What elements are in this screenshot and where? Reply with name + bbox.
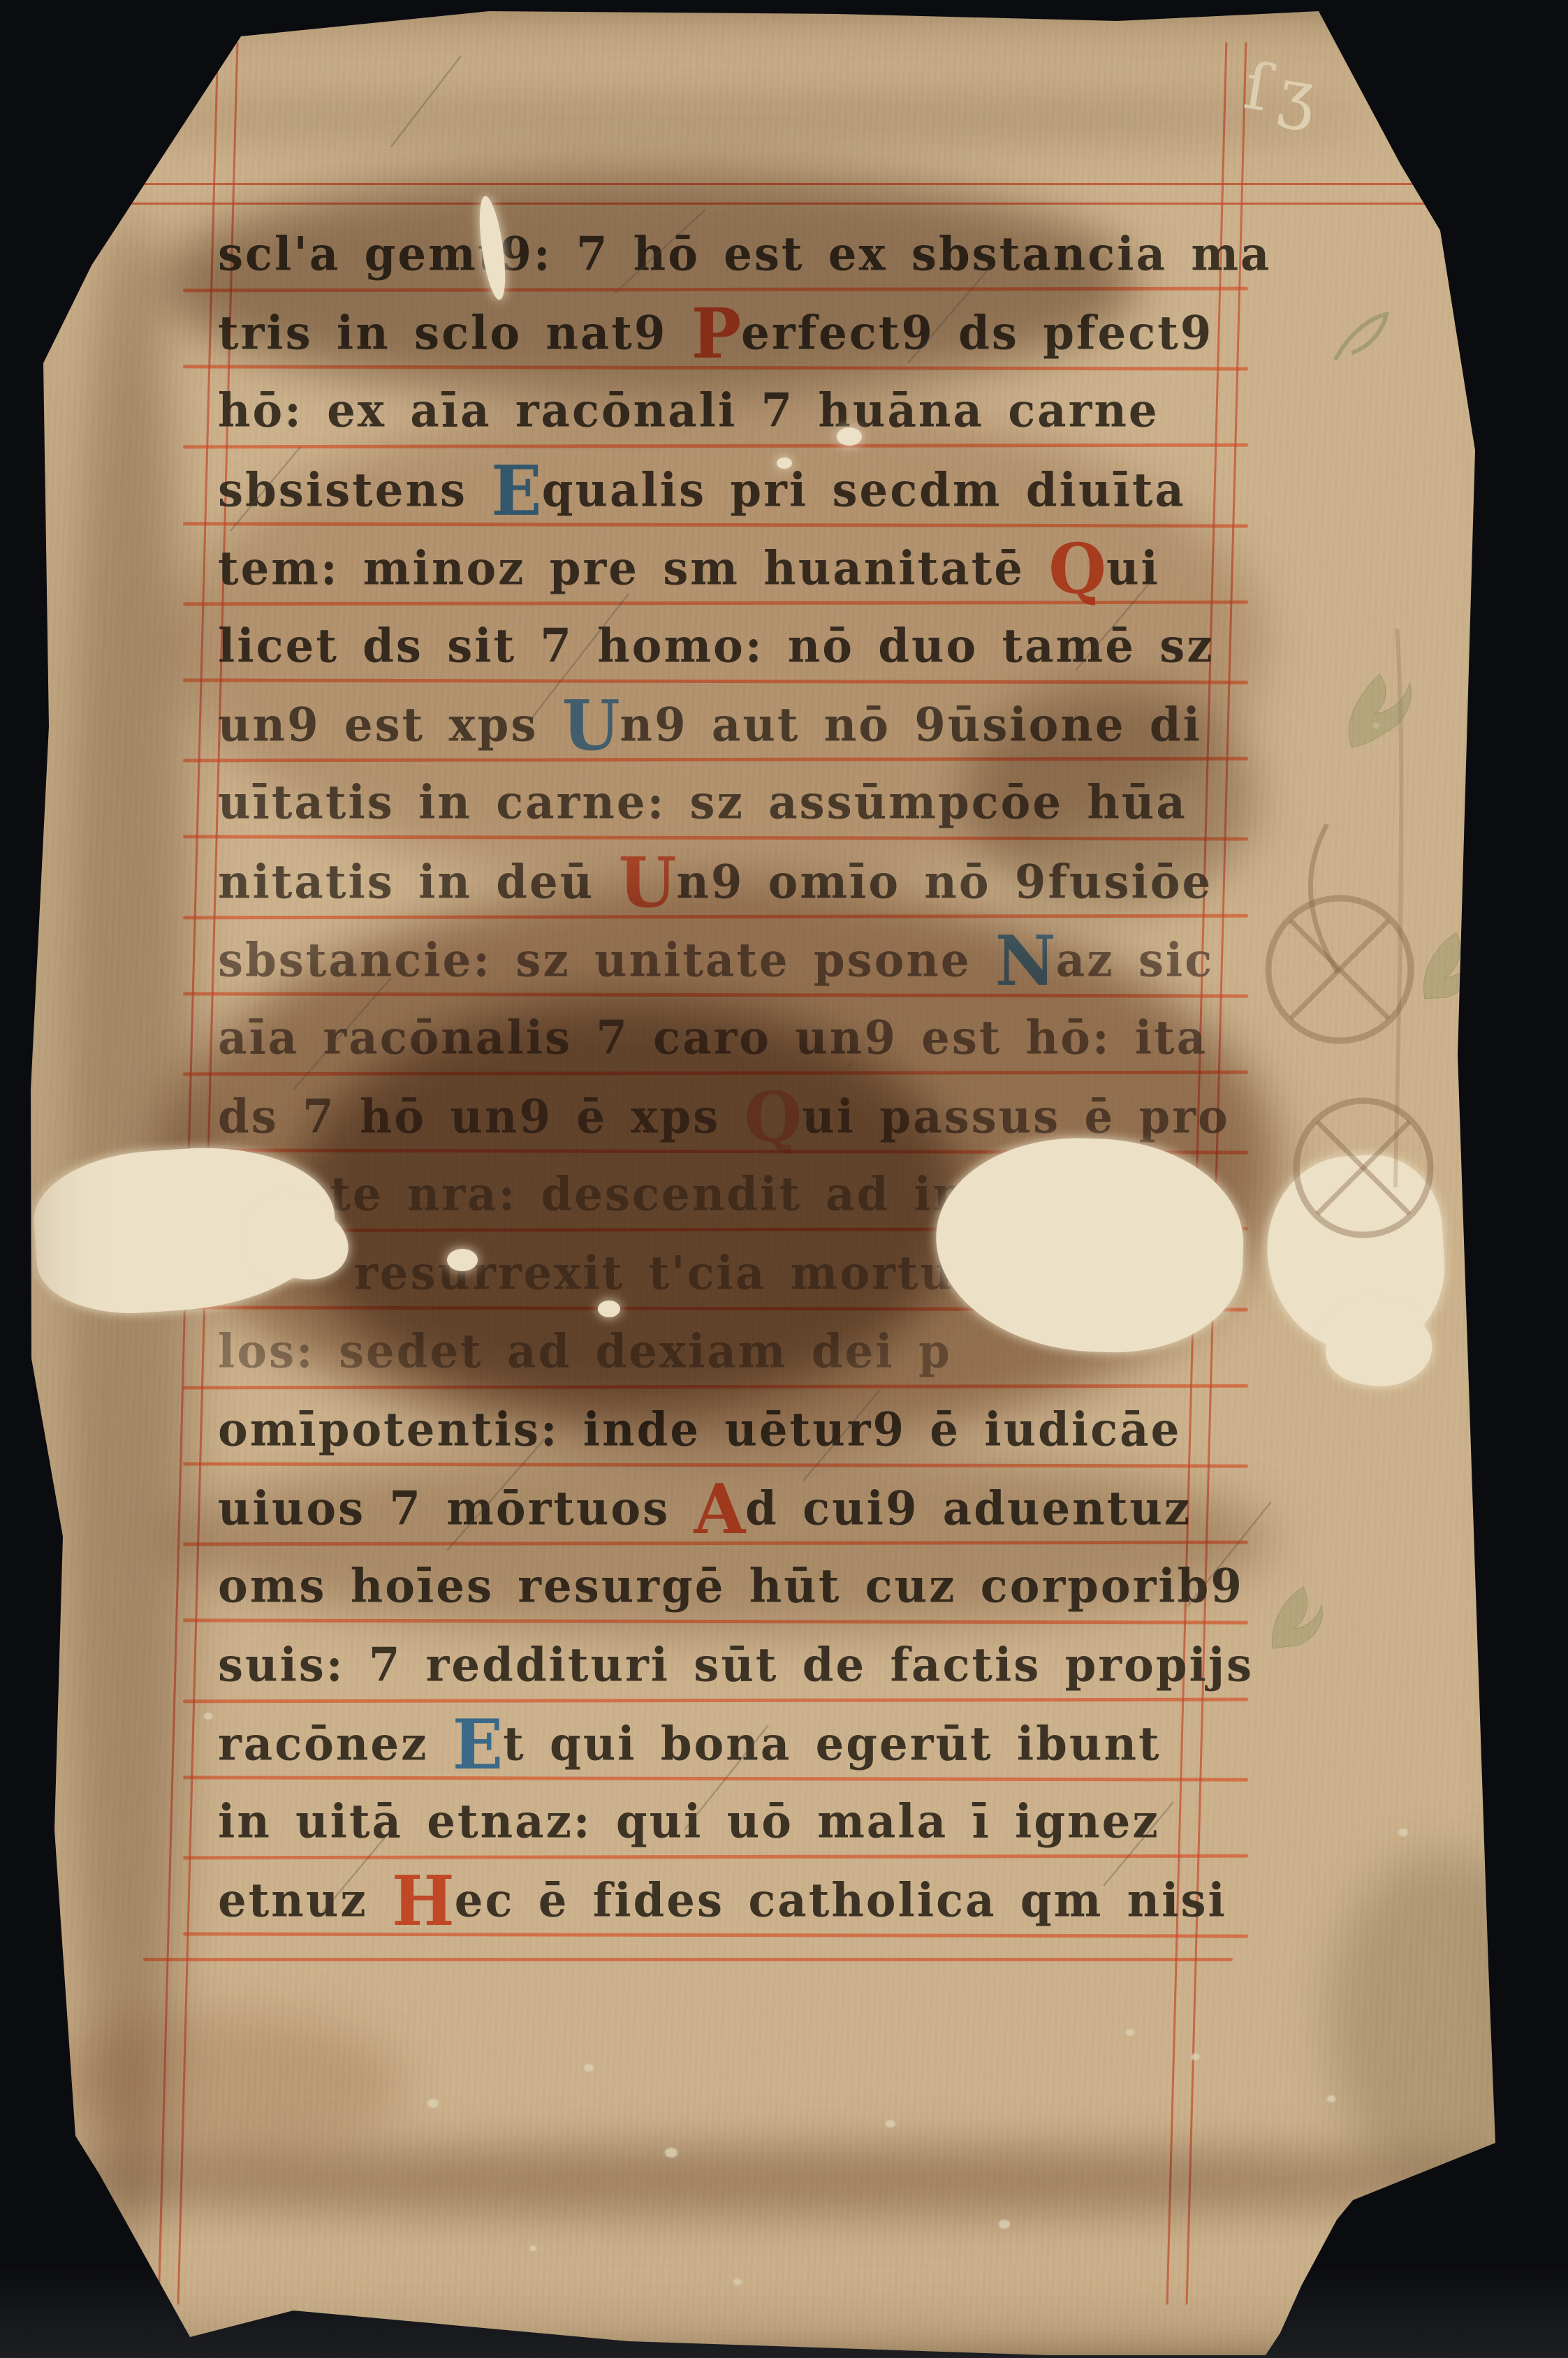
text-segment: tem: minoz pre sm huanitatē xyxy=(218,541,1048,596)
stain-patch xyxy=(56,98,1383,140)
frame-line-top xyxy=(66,183,1470,185)
text-line: licet ds sit 7 homo: nō duo tamē sz xyxy=(218,619,1215,689)
blue-initial-capital: U xyxy=(562,686,620,766)
text-segment: uiuos 7 mōrtuos xyxy=(218,1481,694,1536)
red-initial-capital: H xyxy=(392,1861,455,1942)
text-segment: tris in sclo nat9 xyxy=(218,306,691,360)
text-block-closing-line xyxy=(143,1958,1233,1961)
text-line: oms hoīes resurgē hūt cuz corporib9 xyxy=(218,1559,1244,1629)
photo-stage: scl'a gemt9: 7 hō est ex sbstancia matri… xyxy=(0,0,1568,2358)
red-initial-capital: Q xyxy=(744,1078,802,1158)
text-segment: suis: 7 reddituri sūt de factis propijs xyxy=(218,1638,1254,1692)
wormhole-speck xyxy=(1327,2095,1335,2102)
text-segment: resurrexit t'cia mortuis 7 xyxy=(354,1246,1058,1301)
text-line: etnuz Hec ē fides catholica qm nisi xyxy=(218,1873,1227,1942)
text-segment: d cui9 aduentuz xyxy=(745,1481,1192,1536)
parchment-loss-patch xyxy=(1321,1298,1438,1395)
text-segment: oms hoīes resurgē hūt cuz corporib9 xyxy=(218,1559,1244,1613)
text-segment: los: sedet ad dexiam dei p xyxy=(218,1324,952,1379)
wormhole-speck xyxy=(1126,2029,1134,2036)
text-segment: hō: ex aīa racōnali 7 huāna carne xyxy=(218,383,1159,438)
text-line: uiuos 7 mōrtuos Ad cui9 aduentuz xyxy=(218,1481,1192,1551)
text-segment: ui passus ē pro xyxy=(802,1090,1229,1144)
text-line: sbstancie: sz unitate psone Naz sic xyxy=(218,932,1214,1002)
stain-patch xyxy=(42,2012,405,2158)
blue-initial-capital: E xyxy=(491,451,541,531)
text-line: ds 7 hō un9 ē xps Qui passus ē pro xyxy=(218,1089,1230,1159)
marginal-doodle-foliage xyxy=(1272,314,1476,1648)
stain-patch xyxy=(1327,1851,1558,2186)
red-initial-capital: Q xyxy=(1048,529,1106,609)
wormhole-speck xyxy=(1372,723,1379,728)
wormhole-speck xyxy=(999,2220,1010,2229)
text-line: sbsistens Equalis pri secdm diuīta xyxy=(218,462,1186,532)
margin-line-left xyxy=(158,43,219,2305)
parchment-leaf: scl'a gemt9: 7 hō est ex sbstancia matri… xyxy=(0,0,1568,2358)
text-segment: sbstancie: sz unitate psone xyxy=(218,933,995,988)
text-line: los: sedet ad dexiam dei p xyxy=(218,1324,952,1394)
text-segment: in uitā etnaz: qui uō mala ī ignez xyxy=(218,1794,1160,1849)
text-segment: n9 aut nō 9ūsione di xyxy=(620,698,1202,752)
text-line: salute nra: descendit ad inferos xyxy=(218,1167,1104,1237)
text-line: suis: 7 reddituri sūt de factis propijs xyxy=(218,1638,1254,1708)
wormhole-speck xyxy=(1495,1572,1503,1579)
text-line: in uitā etnaz: qui uō mala ī ignez xyxy=(218,1794,1160,1864)
wormhole-speck xyxy=(427,2099,439,2108)
text-line: uītatis in carne: sz assūmpcōe hūa xyxy=(218,775,1187,845)
text-segment: az sic xyxy=(1056,933,1214,988)
text-segment: n9 omīo nō 9fusiōe xyxy=(676,855,1212,909)
wormhole-speck xyxy=(204,1713,212,1720)
text-segment: ds 7 hō un9 ē xps xyxy=(218,1090,744,1144)
wormhole-speck xyxy=(733,2278,742,2285)
text-segment: scl'a gemt9: 7 hō est ex sbstancia ma xyxy=(218,227,1272,281)
corner-inscription: ſʒ xyxy=(1239,48,1332,135)
margin-line-right xyxy=(1166,43,1228,2305)
wormhole-speck xyxy=(584,2064,594,2072)
frame-line-top xyxy=(66,203,1470,205)
text-line: racōnez Et qui bona egerūt ibunt xyxy=(218,1716,1162,1786)
text-segment: racōnez xyxy=(218,1717,453,1771)
wormhole-speck xyxy=(665,2148,677,2158)
wormhole-speck xyxy=(1398,1829,1408,1836)
red-initial-capital: A xyxy=(694,1470,745,1550)
text-segment: nitatis in deū xyxy=(218,855,618,909)
text-segment: qualis pri secdm diuīta xyxy=(542,463,1186,518)
text-segment: ui xyxy=(1106,541,1160,596)
text-segment: salute nra: descendit ad inferos xyxy=(218,1167,1104,1222)
text-segment: uītatis in carne: sz assūmpcōe hūa xyxy=(218,775,1187,830)
parchment-loss-patch xyxy=(1263,1152,1449,1356)
text-segment: etnuz xyxy=(218,1873,392,1928)
text-line: un9 est xps Un9 aut nō 9ūsione di xyxy=(218,697,1202,767)
text-line: tris in sclo nat9 Perfect9 ds pfect9 xyxy=(218,305,1213,375)
text-line: nitatis in deū Un9 omīo nō 9fusiōe xyxy=(218,854,1212,924)
text-segment: aīa racōnalis 7 caro un9 est hō: ita xyxy=(218,1011,1208,1065)
text-line: omīpotentis: inde uētur9 ē iudicāe xyxy=(218,1403,1181,1472)
wormhole-speck xyxy=(886,2120,895,2128)
blue-initial-capital: E xyxy=(453,1704,503,1785)
text-line: tem: minoz pre sm huanitatē Qui xyxy=(218,541,1160,610)
text-line: resurrexit t'cia mortuis 7 xyxy=(354,1246,1058,1316)
red-initial-capital: U xyxy=(618,842,676,923)
text-segment: un9 est xps xyxy=(218,698,562,752)
stain-patch xyxy=(0,2148,1568,2214)
text-segment: omīpotentis: inde uētur9 ē iudicāe xyxy=(218,1403,1181,1457)
text-line: aīa racōnalis 7 caro un9 est hō: ita xyxy=(218,1011,1208,1081)
text-segment: ec ē fides catholica qm nisi xyxy=(455,1873,1227,1928)
text-line: hō: ex aīa racōnali 7 huāna carne xyxy=(218,383,1159,453)
red-initial-capital: P xyxy=(691,294,741,374)
text-line: scl'a gemt9: 7 hō est ex sbstancia ma xyxy=(218,227,1272,297)
marginal-doodle-wheels xyxy=(1268,629,1430,1235)
blue-initial-capital: N xyxy=(995,921,1056,1001)
wormhole-speck xyxy=(529,2246,536,2251)
text-segment: erfect9 ds pfect9 xyxy=(741,306,1213,360)
text-segment: sbsistens xyxy=(218,463,491,518)
text-segment: t qui bona egerūt ibunt xyxy=(503,1717,1161,1771)
text-segment: licet ds sit 7 homo: nō duo tamē sz xyxy=(218,619,1215,673)
